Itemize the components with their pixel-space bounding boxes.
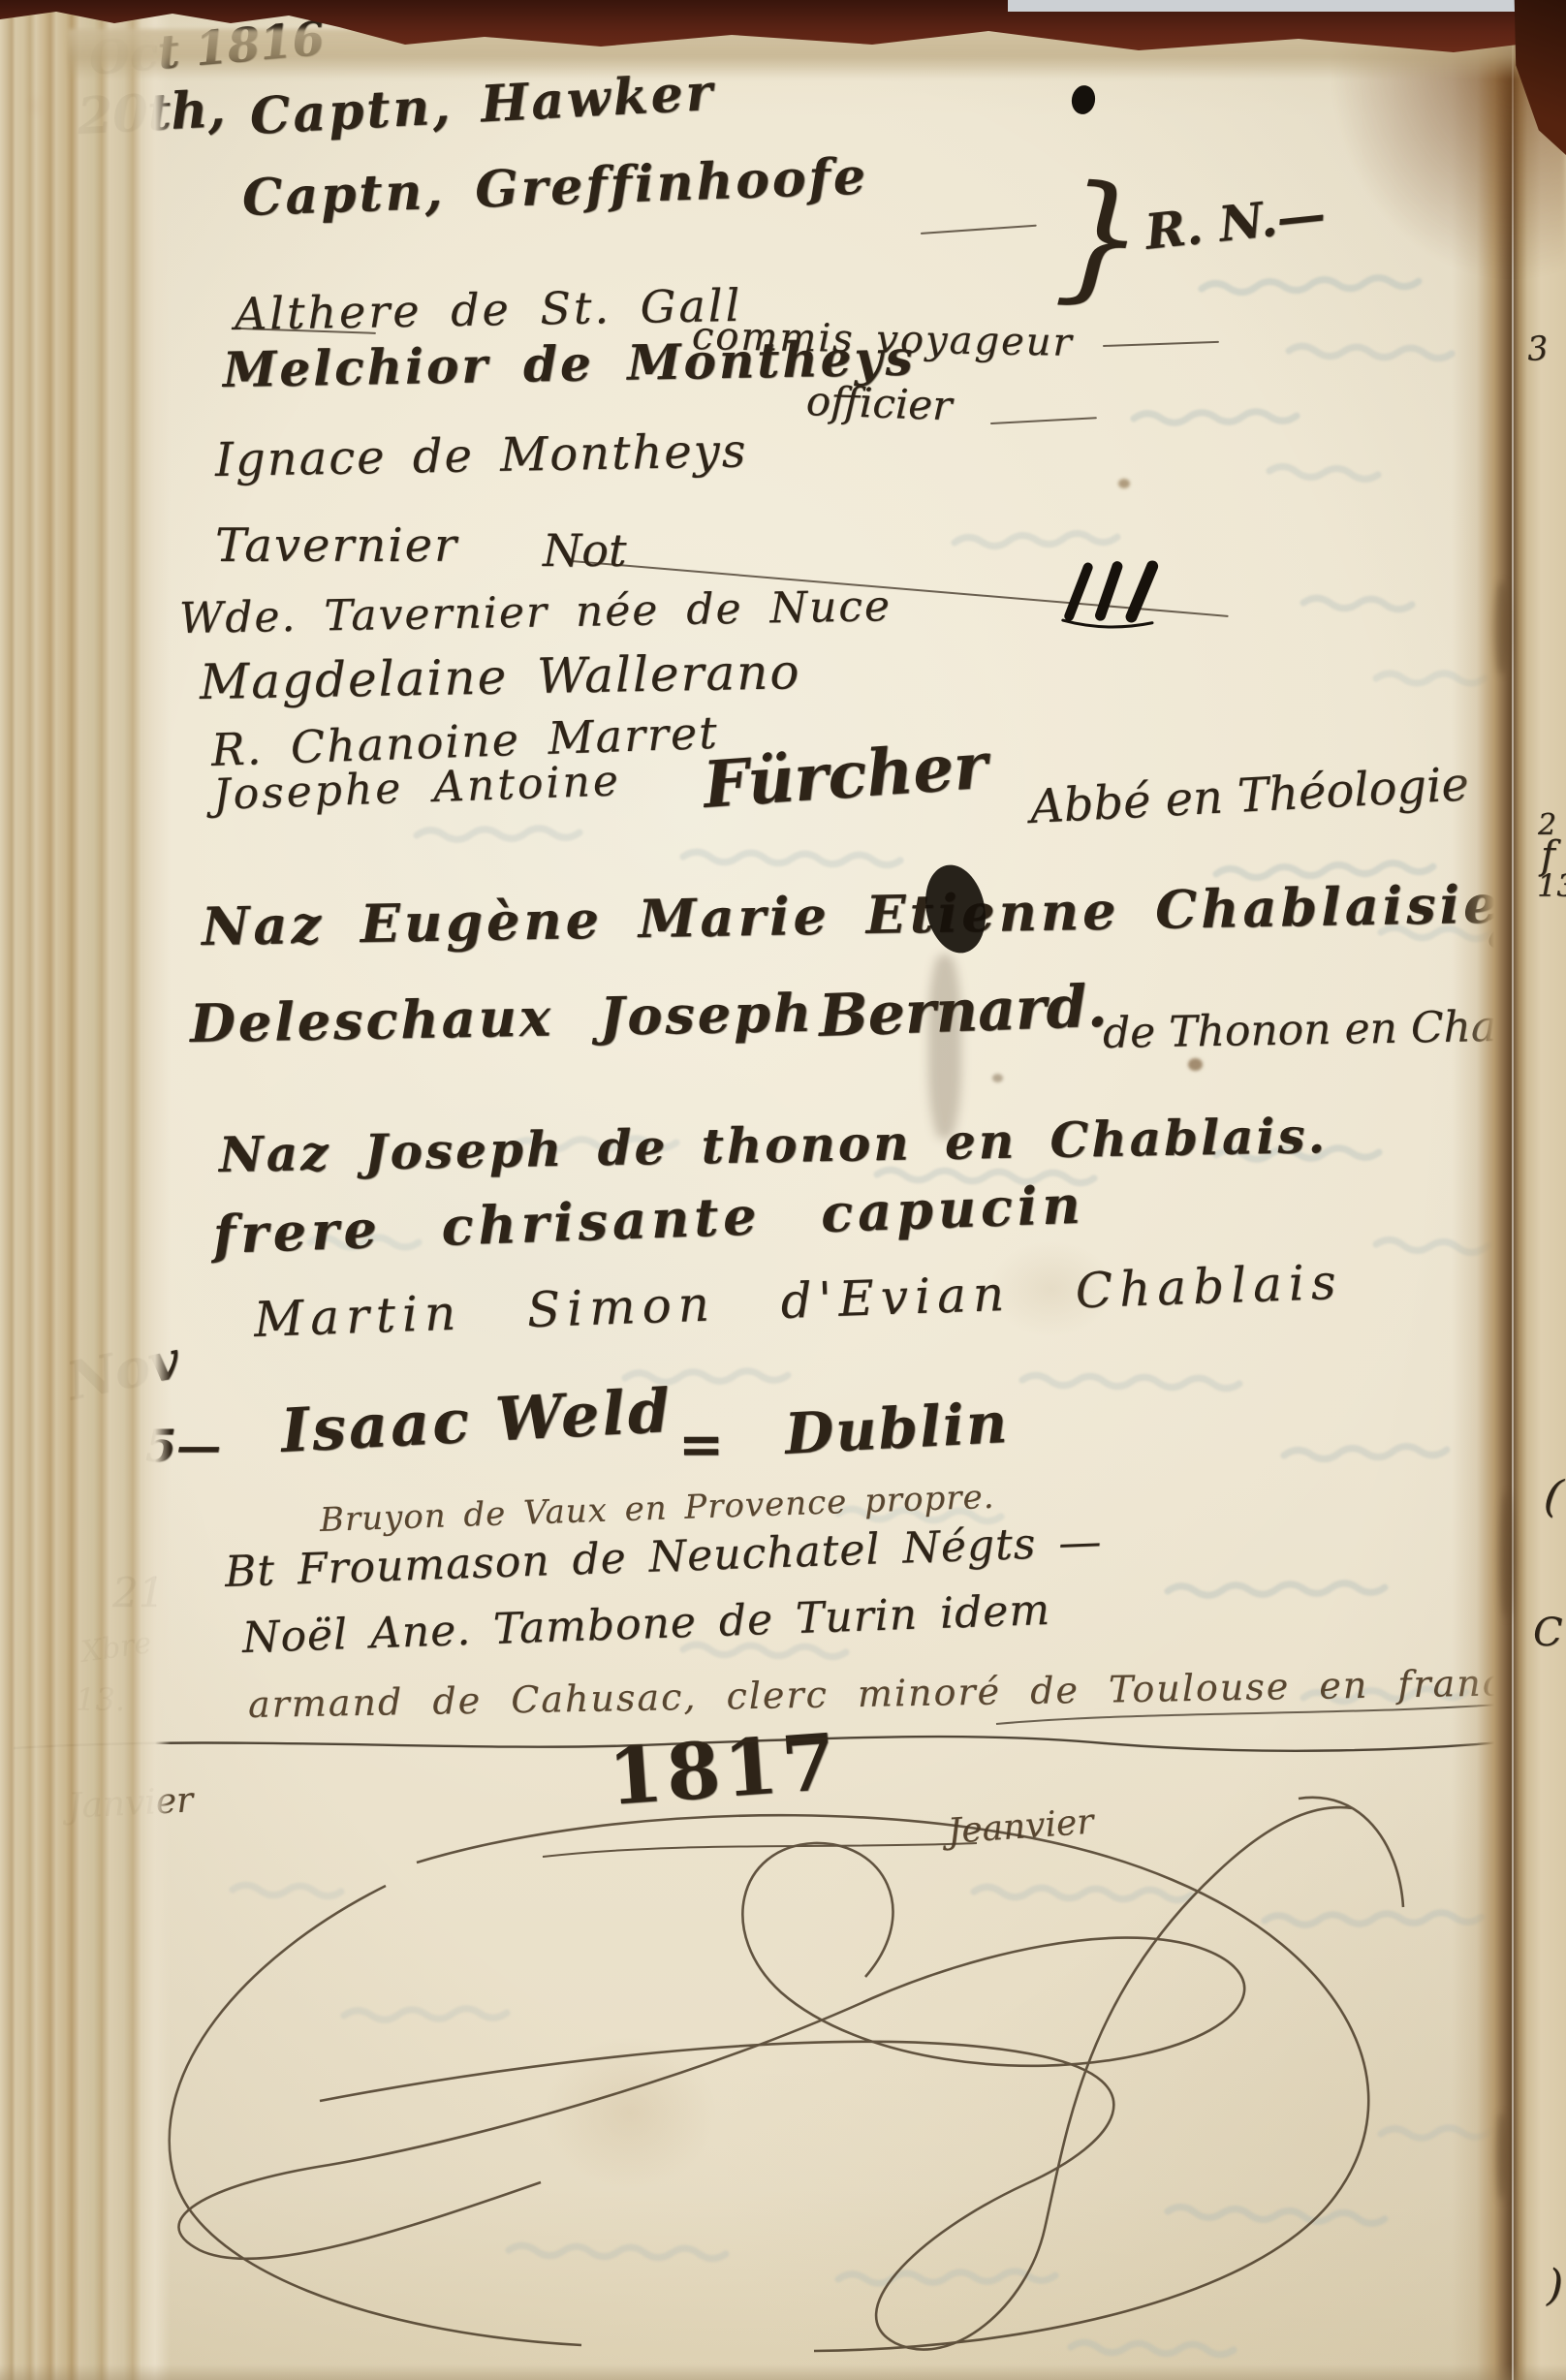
ink-overlay [0, 0, 1566, 2380]
gutter-fragment: C [1533, 1613, 1563, 1653]
gutter-fragment: 13 [1537, 870, 1566, 903]
ink-smear [1063, 557, 1159, 632]
gutter-smudge [1496, 2113, 1508, 2200]
gutter-fragment: 3 [1526, 332, 1550, 368]
gutter-fragment: ) [1547, 2264, 1563, 2308]
scanner-background-sliver [1008, 0, 1566, 12]
ink-blot-etienne [918, 860, 993, 958]
page-edge-bottom [0, 2364, 1566, 2380]
calligraphic-flourish [170, 1798, 1403, 2351]
gutter-thread-line [1512, 0, 1514, 2380]
separator-rule [14, 1700, 1560, 1751]
manuscript-scan: { "doc": { "month_header": "Oct 1816", "… [0, 0, 1566, 2380]
gutter-smudge [1500, 1492, 1514, 1618]
gutter-smudge [1494, 581, 1510, 674]
page-edges-left [0, 0, 171, 2380]
